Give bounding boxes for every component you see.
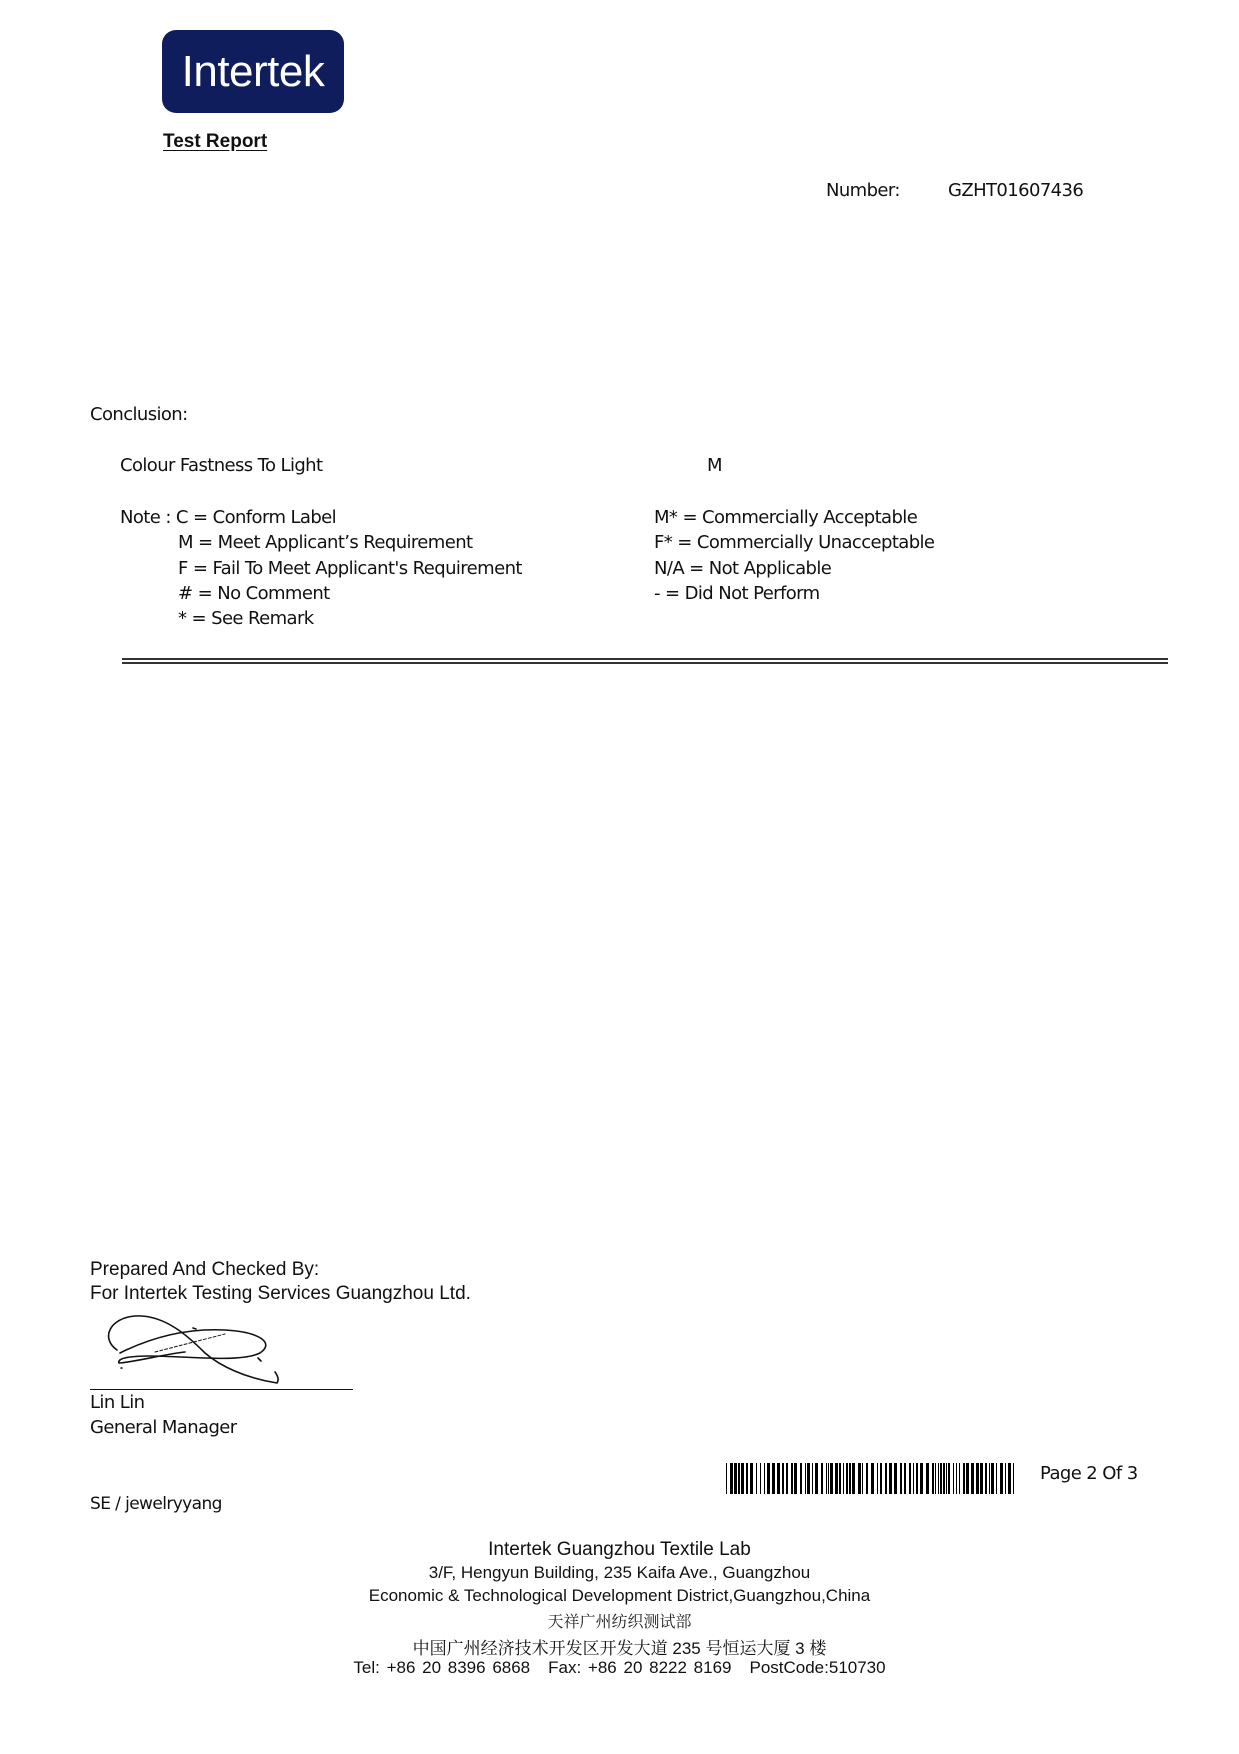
company-line: For Intertek Testing Services Guangzhou … [90, 1283, 471, 1305]
note-row: * = See Remark [120, 606, 522, 631]
note-row: - = Did Not Perform [654, 581, 934, 606]
note-row: Note : C = Conform Label [120, 505, 522, 530]
report-number-label: Number: [826, 180, 900, 201]
note-row: M* = Commercially Acceptable [654, 505, 934, 530]
reference-line: SE / jewelryyang [90, 1494, 222, 1514]
intertek-logo: Intertek [162, 30, 344, 113]
footer-address-line2: Economic & Technological Development Dis… [0, 1586, 1239, 1606]
note-row: N/A = Not Applicable [654, 556, 934, 581]
result-test-name: Colour Fastness To Light [120, 455, 322, 476]
prepared-by-label: Prepared And Checked By: [90, 1259, 319, 1281]
footer-lab-name: Intertek Guangzhou Textile Lab [0, 1539, 1239, 1561]
report-title: Test Report [163, 131, 267, 153]
note-prefix: Note : [120, 507, 176, 528]
section-divider [122, 662, 1168, 664]
footer-contact: Tel: +86 20 8396 6868Fax: +86 20 8222 81… [0, 1658, 1239, 1678]
note-row: # = No Comment [120, 581, 522, 606]
notes-legend-left: Note : C = Conform Label M = Meet Applic… [120, 505, 522, 631]
note-row: F* = Commercially Unacceptable [654, 530, 934, 555]
page-number: Page 2 Of 3 [1040, 1463, 1138, 1484]
footer-tel: Tel: +86 20 8396 6868 [353, 1658, 530, 1677]
conclusion-heading: Conclusion: [90, 404, 188, 425]
signature-icon [95, 1308, 295, 1388]
footer-chinese-name: 天祥广州纺织测试部 [0, 1609, 1239, 1632]
footer-address-line1: 3/F, Hengyun Building, 235 Kaifa Ave., G… [0, 1563, 1239, 1583]
footer-chinese-address: 中国广州经济技术开发区开发大道 235 号恒运大厦 3 楼 [0, 1634, 1239, 1659]
footer-fax: Fax: +86 20 8222 8169 [548, 1658, 731, 1677]
note-item: C = Conform Label [176, 507, 336, 528]
note-row: F = Fail To Meet Applicant's Requirement [120, 556, 522, 581]
note-row: M = Meet Applicant’s Requirement [120, 530, 522, 555]
report-number-value: GZHT01607436 [948, 180, 1083, 201]
signature-line [90, 1389, 353, 1390]
logo-text: Intertek [182, 50, 325, 94]
section-divider [122, 658, 1168, 660]
signer-name: Lin Lin [90, 1392, 144, 1413]
footer-postcode: PostCode:510730 [749, 1658, 885, 1677]
barcode-icon [726, 1463, 1016, 1494]
signer-title: General Manager [90, 1417, 237, 1438]
result-value: M [707, 455, 722, 476]
notes-legend-right: M* = Commercially Acceptable F* = Commer… [654, 505, 934, 606]
